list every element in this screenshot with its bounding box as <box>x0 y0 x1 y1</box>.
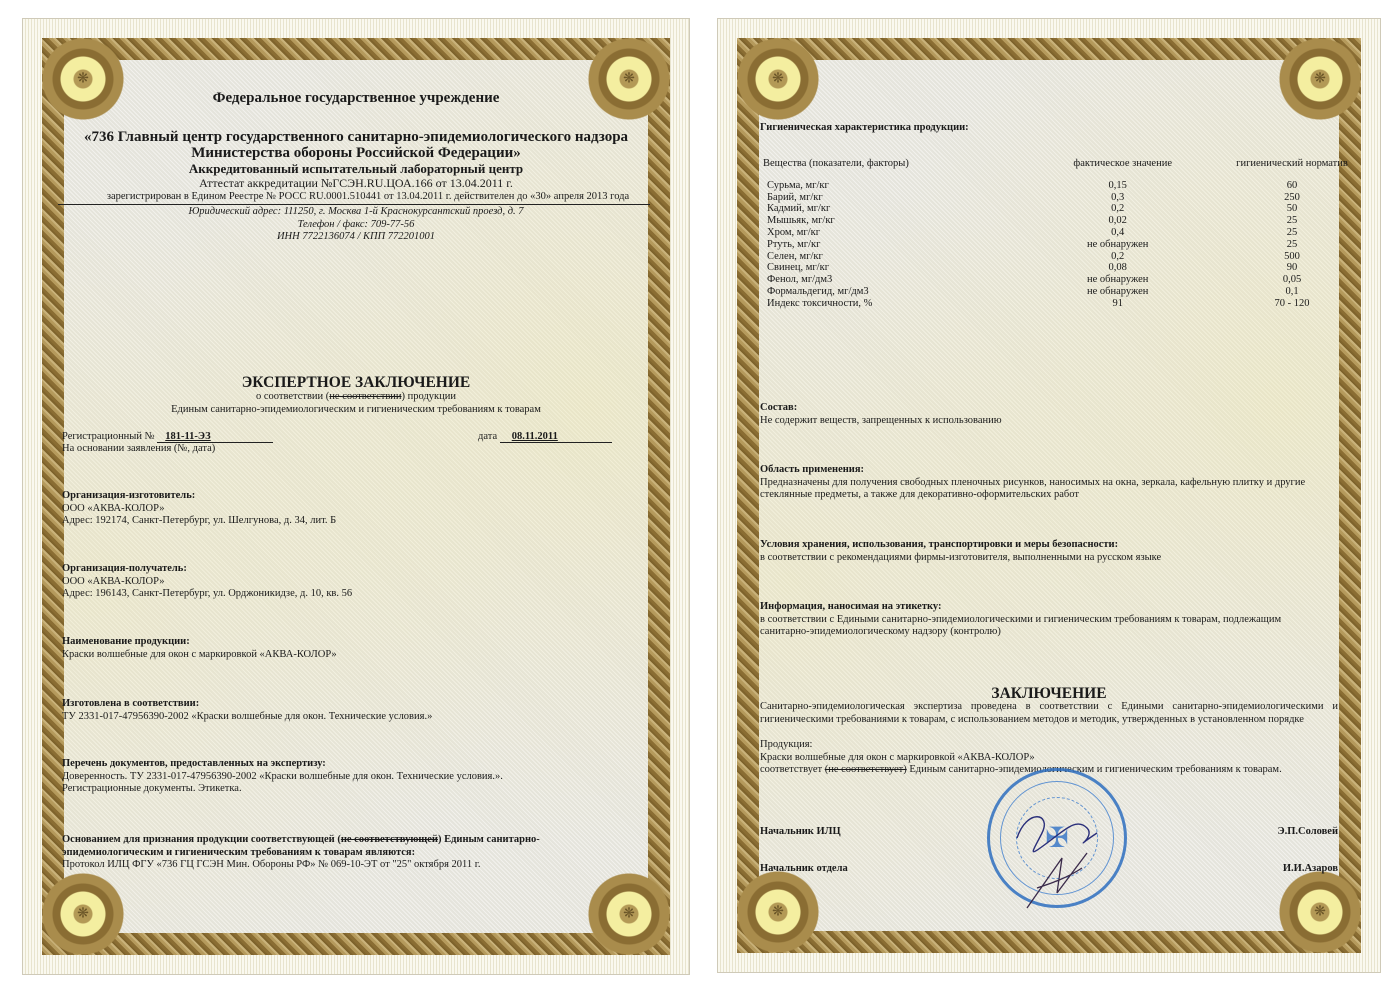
cell-name: Ртуть, мг/кг <box>763 239 1056 251</box>
cell-actual: 0,08 <box>1056 262 1179 274</box>
organization-name-line1: «736 Главный центр государственного сани… <box>22 129 690 145</box>
verdict-struck: (не соответствует) <box>825 764 907 775</box>
section-heading: Организация-изготовитель: <box>62 490 662 503</box>
certificate-page-left: ❋ ❋ ❋ ❋ Федеральное государственное учре… <box>22 18 690 975</box>
signature-icon <box>1007 798 1117 918</box>
composition-section: Состав: Не содержит веществ, запрещенных… <box>760 402 1340 427</box>
grounds-heading-line2: эпидемиологическим и гигиеническим требо… <box>62 847 662 860</box>
document-title: ЭКСПЕРТНОЕ ЗАКЛЮЧЕНИЕ <box>22 374 690 392</box>
grounds-heading-prefix: Основанием для признания продукции соотв… <box>62 834 341 845</box>
date-label: дата <box>478 431 497 442</box>
corner-rosette-icon: ❋ <box>1277 869 1363 955</box>
signer-name: Э.П.Соловей <box>1278 826 1339 837</box>
cell-name: Селен, мг/кг <box>763 251 1056 263</box>
grounds-heading-struck: не соответствующей <box>341 834 438 845</box>
manufacturer-section: Организация-изготовитель: ООО «АКВА-КОЛО… <box>62 490 662 528</box>
signature-row: Начальник ИЛЦ Э.П.Соловей <box>760 826 1338 837</box>
cell-actual: 0,15 <box>1056 180 1179 192</box>
verdict-suffix: Единым санитарно-эпидемиологическим и ги… <box>907 764 1282 775</box>
cell-norm: 250 <box>1179 192 1381 204</box>
cell-actual: не обнаружен <box>1056 274 1179 286</box>
manufacturer-name: ООО «АКВА-КОЛОР» <box>62 503 662 516</box>
product-label: Продукция: <box>760 739 1340 752</box>
verdict-prefix: соответствует <box>760 764 825 775</box>
technical-conditions: ТУ 2331-017-47956390-2002 «Краски волшеб… <box>62 711 662 724</box>
cell-actual: 0,2 <box>1056 251 1179 263</box>
column-header: гигиенический норматив <box>1179 158 1381 180</box>
cell-norm: 25 <box>1179 227 1381 239</box>
signer-role: Начальник отдела <box>760 863 848 874</box>
registry-info: зарегистрирован в Едином Реестре № РОСС … <box>58 191 678 202</box>
grounds-protocol: Протокол ИЛЦ ФГУ «736 ГЦ ГСЭН Мин. Оборо… <box>62 859 662 872</box>
accreditation: Аттестат аккредитации №ГСЭН.RU.ЦОА.166 о… <box>22 176 690 191</box>
manufacturer-address: Адрес: 192174, Санкт-Петербург, ул. Шелг… <box>62 515 662 528</box>
phone: Телефон / факс: 709-77-56 <box>22 219 690 232</box>
table-row: Селен, мг/кг0,2500 <box>763 251 1381 263</box>
table-row: Сурьма, мг/кг0,1560 <box>763 180 1381 192</box>
subtitle-suffix: ) продукции <box>402 391 457 402</box>
cell-norm: 60 <box>1179 180 1381 192</box>
application-line2: стеклянные предметы, а также для декорат… <box>760 489 1340 502</box>
contacts: Юридический адрес: 111250, г. Москва 1-й… <box>22 206 690 244</box>
table-header-row: Вещества (показатели, факторы) фактическ… <box>763 158 1381 180</box>
cell-norm: 70 - 120 <box>1179 298 1381 310</box>
cell-actual: 0,02 <box>1056 215 1179 227</box>
corner-rosette-icon: ❋ <box>586 871 672 957</box>
cell-actual: 0,3 <box>1056 192 1179 204</box>
table-row: Формальдегид, мг/дм3не обнаружен0,1 <box>763 286 1381 298</box>
registration-value: 181-11-ЭЗ <box>157 431 273 443</box>
manufactured-per-section: Изготовлена в соответствии: ТУ 2331-017-… <box>62 698 662 723</box>
legal-address: Юридический адрес: 111250, г. Москва 1-й… <box>22 206 690 219</box>
date-value: 08.11.2011 <box>500 431 612 443</box>
cell-name: Свинец, мг/кг <box>763 262 1056 274</box>
cell-norm: 25 <box>1179 239 1381 251</box>
cell-actual: не обнаружен <box>1056 239 1179 251</box>
label-info-line2: санитарно-эпидемиологическому надзору (к… <box>760 626 1340 639</box>
certificate-page-right: ❋ ❋ ❋ ❋ Гигиеническая характеристика про… <box>717 18 1381 973</box>
cell-norm: 500 <box>1179 251 1381 263</box>
documents-line1: Доверенность. ТУ 2331-017-47956390-2002 … <box>62 771 662 784</box>
cell-name: Сурьма, мг/кг <box>763 180 1056 192</box>
storage-value: в соответствии с рекомендациями фирмы-из… <box>760 552 1340 565</box>
cell-name: Формальдегид, мг/дм3 <box>763 286 1056 298</box>
lab-name: Аккредитованный испытательный лабораторн… <box>22 161 690 177</box>
table-row: Мышьяк, мг/кг0,0225 <box>763 215 1381 227</box>
section-heading: Организация-получатель: <box>62 563 662 576</box>
registration-date: дата 08.11.2011 <box>478 431 612 443</box>
section-heading: Область применения: <box>760 464 1340 477</box>
conclusion-text: Санитарно-эпидемиологическая экспертиза … <box>760 701 1338 726</box>
section-heading: Информация, наносимая на этикетку: <box>760 601 1340 614</box>
header-divider <box>58 204 650 205</box>
section-heading: Изготовлена в соответствии: <box>62 698 662 711</box>
composition-value: Не содержит веществ, запрещенных к испол… <box>760 415 1340 428</box>
table-row: Индекс токсичности, %9170 - 120 <box>763 298 1381 310</box>
cell-name: Мышьяк, мг/кг <box>763 215 1056 227</box>
documents-line2: Регистрационные документы. Этикетка. <box>62 783 662 796</box>
column-header: Вещества (показатели, факторы) <box>763 158 1056 180</box>
corner-rosette-icon: ❋ <box>40 871 126 957</box>
cell-actual: 0,2 <box>1056 203 1179 215</box>
section-heading: Наименование продукции: <box>62 636 662 649</box>
cell-name: Индекс токсичности, % <box>763 298 1056 310</box>
document-subtitle: о соответствии (не соответствии) продукц… <box>22 391 690 416</box>
cell-name: Фенол, мг/дм3 <box>763 274 1056 286</box>
cell-norm: 0,1 <box>1179 286 1381 298</box>
subtitle-prefix: о соответствии ( <box>256 391 329 402</box>
cell-norm: 50 <box>1179 203 1381 215</box>
column-header: фактическое значение <box>1056 158 1179 180</box>
cell-name: Кадмий, мг/кг <box>763 203 1056 215</box>
product-value: Краски волшебные для окон с маркировкой … <box>760 752 1340 765</box>
corner-rosette-icon: ❋ <box>735 36 821 122</box>
organization-name-line2: Министерства обороны Российской Федераци… <box>22 145 690 161</box>
recipient-address: Адрес: 196143, Санкт-Петербург, ул. Ордж… <box>62 588 662 601</box>
signer-name: И.И.Азаров <box>1283 863 1338 874</box>
cell-norm: 90 <box>1179 262 1381 274</box>
table-row: Кадмий, мг/кг0,250 <box>763 203 1381 215</box>
product-section: Наименование продукции: Краски волшебные… <box>62 636 662 661</box>
recipient-section: Организация-получатель: ООО «АКВА-КОЛОР»… <box>62 563 662 601</box>
cell-actual: 0,4 <box>1056 227 1179 239</box>
subtitle-line2: Единым санитарно-эпидемиологическим и ги… <box>22 404 690 417</box>
cell-norm: 0,05 <box>1179 274 1381 286</box>
documents-section: Перечень документов, предоставленных на … <box>62 758 662 796</box>
table-row: Ртуть, мг/кгне обнаружен25 <box>763 239 1381 251</box>
corner-rosette-icon: ❋ <box>40 36 126 122</box>
corner-rosette-icon: ❋ <box>735 869 821 955</box>
section-heading: Состав: <box>760 402 1340 415</box>
cell-norm: 25 <box>1179 215 1381 227</box>
organization-name: «736 Главный центр государственного сани… <box>22 129 690 161</box>
storage-section: Условия хранения, использования, транспо… <box>760 539 1340 564</box>
table-row: Фенол, мг/дм3не обнаружен0,05 <box>763 274 1381 286</box>
registration-number: Регистрационный № 181-11-ЭЗ <box>62 431 273 443</box>
institution-type: Федеральное государственное учреждение <box>22 90 690 107</box>
cell-actual: 91 <box>1056 298 1179 310</box>
recipient-name: ООО «АКВА-КОЛОР» <box>62 576 662 589</box>
subtitle-struck: не соответствии <box>329 391 401 402</box>
registration-label: Регистрационный № <box>62 431 155 442</box>
application-section: Область применения: Предназначены для по… <box>760 464 1340 502</box>
cell-name: Барий, мг/кг <box>763 192 1056 204</box>
hygiene-table: Вещества (показатели, факторы) фактическ… <box>763 158 1381 310</box>
label-info-line1: в соответствии с Едиными санитарно-эпиде… <box>760 614 1340 627</box>
section-heading: Условия хранения, использования, транспо… <box>760 539 1340 552</box>
cell-name: Хром, мг/кг <box>763 227 1056 239</box>
label-info-section: Информация, наносимая на этикетку: в соо… <box>760 601 1340 639</box>
corner-rosette-icon: ❋ <box>1277 36 1363 122</box>
signer-role: Начальник ИЛЦ <box>760 826 841 837</box>
section-heading: Перечень документов, предоставленных на … <box>62 758 662 771</box>
hygiene-heading: Гигиеническая характеристика продукции: <box>760 122 1340 135</box>
signature-row: Начальник отдела И.И.Азаров <box>760 863 1338 874</box>
grounds-heading-suffix: ) Единым санитарно- <box>438 834 540 845</box>
corner-rosette-icon: ❋ <box>586 36 672 122</box>
cell-actual: не обнаружен <box>1056 286 1179 298</box>
inn-kpp: ИНН 7722136074 / КПП 772201001 <box>22 231 690 244</box>
application-basis: На основании заявления (№, дата) <box>62 443 215 454</box>
table-row: Свинец, мг/кг0,0890 <box>763 262 1381 274</box>
application-line1: Предназначены для получения свободных пл… <box>760 477 1340 490</box>
table-row: Барий, мг/кг0,3250 <box>763 192 1381 204</box>
table-row: Хром, мг/кг0,425 <box>763 227 1381 239</box>
grounds-section: Основанием для признания продукции соотв… <box>62 834 662 872</box>
product-name: Краски волшебные для окон с маркировкой … <box>62 649 662 662</box>
